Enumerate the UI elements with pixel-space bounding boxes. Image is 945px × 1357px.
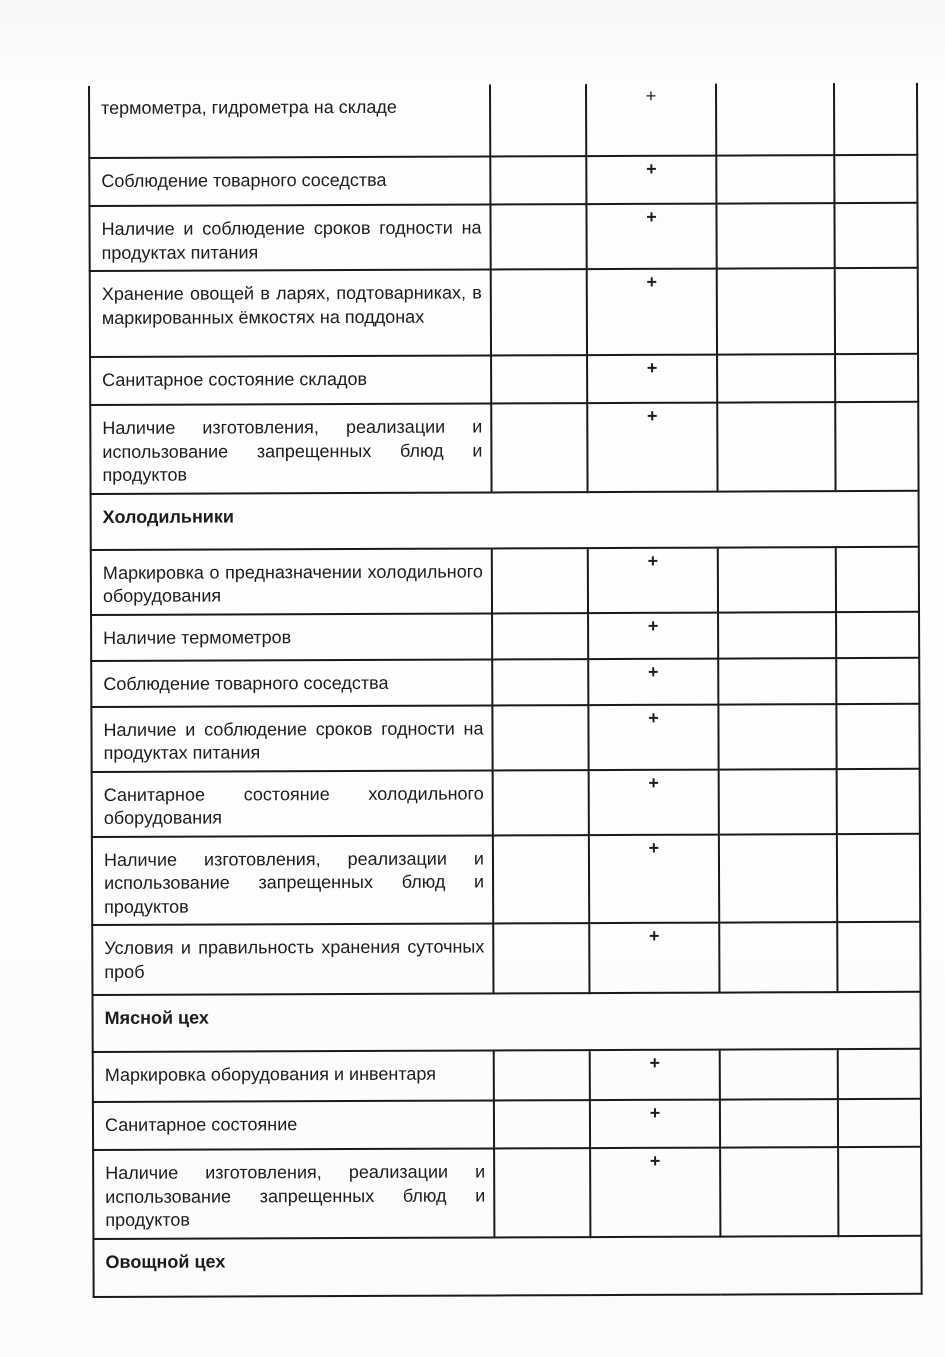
mark-cell: + bbox=[590, 1148, 720, 1237]
criterion-cell: Наличие изготовления, реализации и испол… bbox=[93, 1148, 494, 1238]
empty-cell bbox=[718, 547, 836, 612]
table-row: Наличие и соблюдение сроков годности на … bbox=[91, 703, 919, 771]
empty-cell bbox=[836, 546, 919, 611]
mark-cell: + bbox=[587, 355, 717, 403]
criterion-cell: Наличие изготовления, реализации и испол… bbox=[92, 835, 493, 925]
section-heading-fridges: Холодильники bbox=[91, 490, 919, 549]
criterion-cell: Маркировка о предназначении холодильного… bbox=[91, 548, 492, 615]
criterion-cell: Маркировка оборудования и инвентаря bbox=[93, 1050, 494, 1102]
criterion-cell: Наличие термометров bbox=[91, 613, 492, 661]
empty-cell bbox=[491, 403, 587, 492]
empty-cell bbox=[838, 1049, 921, 1099]
table-row: Наличие и соблюдение сроков годности на … bbox=[89, 203, 917, 271]
mark-cell: + bbox=[588, 704, 718, 769]
criterion-cell: термометра, гидрометра на складе bbox=[89, 84, 490, 158]
empty-cell bbox=[490, 156, 586, 204]
empty-cell bbox=[494, 1100, 590, 1148]
empty-cell bbox=[720, 1147, 838, 1236]
criterion-cell: Санитарное состояние bbox=[93, 1100, 494, 1150]
table-row: Условия и правильность хранения суточных… bbox=[92, 922, 920, 995]
criterion-cell: Санитарное состояние холодильного оборуд… bbox=[92, 770, 493, 837]
table-row: Наличие изготовления, реализации и испол… bbox=[90, 402, 918, 494]
table-row: Соблюдение товарного соседства + bbox=[89, 155, 917, 206]
mark-cell: + bbox=[589, 769, 719, 834]
empty-cell bbox=[493, 923, 589, 993]
empty-cell bbox=[836, 611, 919, 657]
empty-cell bbox=[492, 705, 588, 770]
checklist-body: термометра, гидрометра на складе + Соблю… bbox=[89, 83, 922, 1297]
empty-cell bbox=[491, 269, 587, 355]
mark-cell: + bbox=[589, 834, 719, 923]
empty-cell bbox=[718, 704, 836, 769]
criterion-cell: Соблюдение товарного соседства bbox=[89, 156, 490, 206]
empty-cell bbox=[493, 770, 589, 835]
empty-cell bbox=[719, 769, 837, 834]
mark-cell: + bbox=[586, 84, 716, 156]
empty-cell bbox=[492, 613, 588, 659]
table-row: Маркировка о предназначении холодильного… bbox=[91, 546, 919, 614]
mark-cell: + bbox=[590, 1100, 720, 1148]
table-row: Наличие термометров + bbox=[91, 611, 919, 660]
section-heading-vegetable-shop: Овощной цех bbox=[93, 1235, 921, 1296]
empty-cell bbox=[836, 657, 919, 703]
empty-cell bbox=[837, 768, 920, 833]
empty-cell bbox=[834, 155, 917, 203]
table-row: Санитарное состояние + bbox=[93, 1099, 921, 1150]
empty-cell bbox=[717, 402, 835, 491]
empty-cell bbox=[716, 83, 834, 155]
empty-cell bbox=[490, 84, 586, 156]
empty-cell bbox=[720, 1049, 838, 1099]
empty-cell bbox=[837, 922, 920, 992]
empty-cell bbox=[838, 1099, 921, 1147]
section-row: Овощной цех bbox=[93, 1235, 921, 1296]
empty-cell bbox=[491, 355, 587, 403]
criterion-cell: Наличие изготовления, реализации и испол… bbox=[90, 403, 491, 493]
mark-cell: + bbox=[587, 269, 717, 355]
empty-cell bbox=[837, 833, 920, 922]
empty-cell bbox=[834, 83, 917, 155]
empty-cell bbox=[835, 354, 918, 402]
empty-cell bbox=[836, 703, 919, 768]
empty-cell bbox=[718, 658, 836, 704]
mark-cell: + bbox=[588, 658, 718, 704]
empty-cell bbox=[719, 922, 837, 992]
empty-cell bbox=[720, 1099, 838, 1147]
empty-cell bbox=[494, 1050, 590, 1100]
empty-cell bbox=[493, 835, 589, 924]
table-row: Санитарное состояние холодильного оборуд… bbox=[92, 768, 920, 836]
empty-cell bbox=[834, 203, 917, 268]
scanned-page: термометра, гидрометра на складе + Соблю… bbox=[0, 0, 945, 1357]
mark-cell: + bbox=[586, 156, 716, 204]
section-row: Мясной цех bbox=[92, 992, 920, 1052]
empty-cell bbox=[838, 1147, 921, 1236]
criterion-cell: Соблюдение товарного соседства bbox=[91, 659, 492, 707]
mark-cell: + bbox=[589, 923, 719, 993]
empty-cell bbox=[719, 834, 837, 923]
inspection-checklist-table: термометра, гидрометра на складе + Соблю… bbox=[88, 83, 923, 1298]
empty-cell bbox=[492, 659, 588, 705]
mark-cell: + bbox=[590, 1050, 720, 1100]
empty-cell bbox=[717, 354, 835, 402]
empty-cell bbox=[717, 268, 835, 354]
criterion-cell: Наличие и соблюдение сроков годности на … bbox=[91, 705, 492, 772]
mark-cell: + bbox=[588, 612, 718, 658]
section-heading-meat-shop: Мясной цех bbox=[92, 992, 920, 1052]
criterion-cell: Хранение овощей в ларях, подтоварниках, … bbox=[90, 269, 491, 357]
empty-cell bbox=[718, 612, 836, 658]
empty-cell bbox=[835, 402, 918, 491]
table-row: термометра, гидрометра на складе + bbox=[89, 83, 917, 158]
empty-cell bbox=[490, 204, 586, 269]
table-row: Наличие изготовления, реализации и испол… bbox=[92, 833, 920, 925]
table-row: Хранение овощей в ларях, подтоварниках, … bbox=[90, 268, 918, 357]
criterion-cell: Санитарное состояние складов bbox=[90, 355, 491, 405]
table-row: Наличие изготовления, реализации и испол… bbox=[93, 1147, 921, 1239]
empty-cell bbox=[835, 268, 918, 354]
empty-cell bbox=[716, 203, 834, 268]
criterion-cell: Условия и правильность хранения суточных… bbox=[92, 923, 493, 995]
empty-cell bbox=[716, 155, 834, 203]
empty-cell bbox=[494, 1148, 590, 1237]
table-row: Санитарное состояние складов + bbox=[90, 354, 918, 405]
table-row: Соблюдение товарного соседства + bbox=[91, 657, 919, 706]
mark-cell: + bbox=[586, 204, 716, 269]
mark-cell: + bbox=[587, 403, 717, 492]
mark-cell: + bbox=[588, 547, 718, 612]
criterion-cell: Наличие и соблюдение сроков годности на … bbox=[89, 204, 490, 271]
table-row: Маркировка оборудования и инвентаря + bbox=[93, 1049, 921, 1102]
section-row: Холодильники bbox=[91, 490, 919, 549]
empty-cell bbox=[492, 548, 588, 613]
